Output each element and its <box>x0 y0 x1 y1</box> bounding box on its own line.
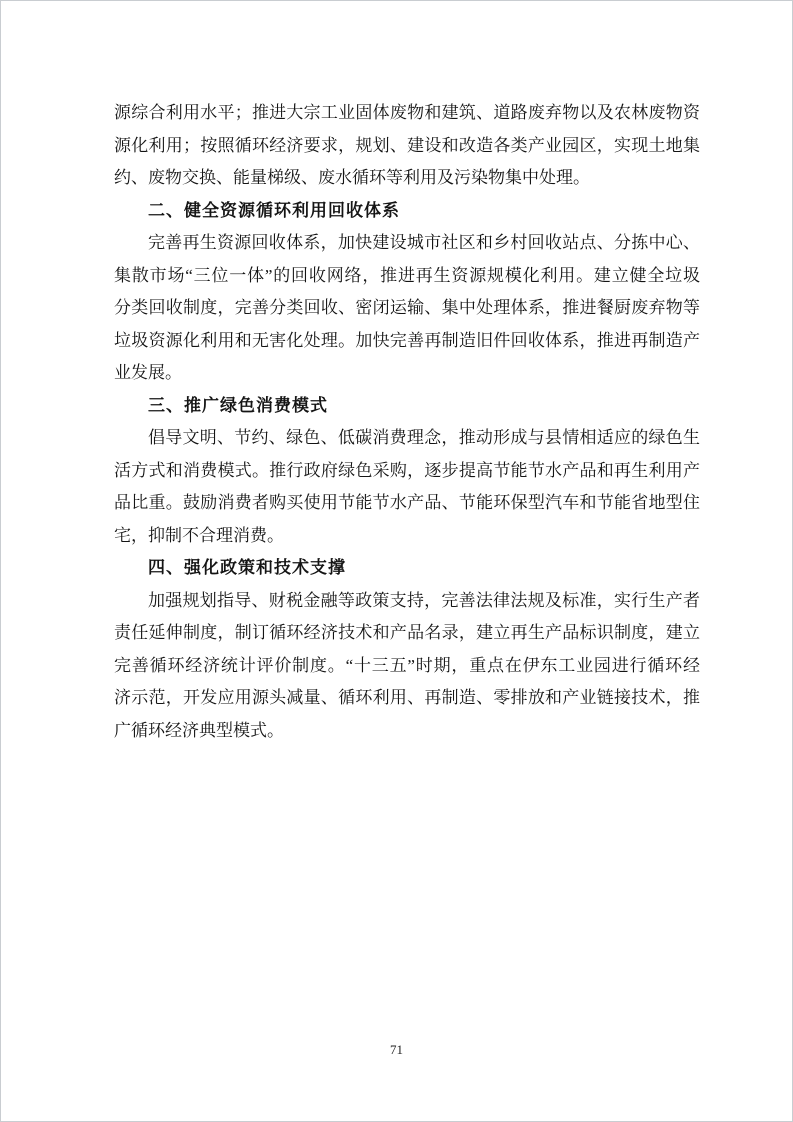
text-line: 源化利用；按照循环经济要求，规划、建设和改造各类产业园区，实现土地集 <box>114 130 700 163</box>
text-line: 广循环经济典型模式。 <box>114 715 700 748</box>
text-line: 垃圾资源化利用和无害化处理。加快完善再制造旧件回收体系，推进再制造产 <box>114 325 700 358</box>
text-line: 集散市场“三位一体”的回收网络，推进再生资源规模化利用。建立健全垃圾 <box>114 260 700 293</box>
text-line: 完善循环经济统计评价制度。“十三五”时期，重点在伊东工业园进行循环经 <box>114 650 700 683</box>
text-line: 活方式和消费模式。推行政府绿色采购，逐步提高节能节水产品和再生利用产 <box>114 455 700 488</box>
section-heading: 四、强化政策和技术支撑 <box>114 552 700 585</box>
text-line: 倡导文明、节约、绿色、低碳消费理念，推动形成与县情相适应的绿色生 <box>114 422 700 455</box>
text-line: 完善再生资源回收体系，加快建设城市社区和乡村回收站点、分拣中心、 <box>114 227 700 260</box>
section-heading: 二、健全资源循环利用回收体系 <box>114 195 700 228</box>
text-line: 济示范，开发应用源头减量、循环利用、再制造、零排放和产业链接技术，推 <box>114 682 700 715</box>
text-line: 业发展。 <box>114 357 700 390</box>
text-line: 源综合利用水平；推进大宗工业固体废物和建筑、道路废弃物以及农林废物资 <box>114 97 700 130</box>
section-heading: 三、推广绿色消费模式 <box>114 390 700 423</box>
text-line: 加强规划指导、财税金融等政策支持，完善法律法规及标准，实行生产者 <box>114 585 700 618</box>
text-line: 品比重。鼓励消费者购买使用节能节水产品、节能环保型汽车和节能省地型住 <box>114 487 700 520</box>
document-body: 源综合利用水平；推进大宗工业固体废物和建筑、道路废弃物以及农林废物资源化利用；按… <box>114 97 700 747</box>
text-line: 宅，抑制不合理消费。 <box>114 520 700 553</box>
document-page: 源综合利用水平；推进大宗工业固体废物和建筑、道路废弃物以及农林废物资源化利用；按… <box>0 0 793 1122</box>
page-number: 71 <box>1 1041 792 1059</box>
text-line: 约、废物交换、能量梯级、废水循环等利用及污染物集中处理。 <box>114 162 700 195</box>
text-line: 责任延伸制度，制订循环经济技术和产品名录，建立再生产品标识制度，建立 <box>114 617 700 650</box>
text-line: 分类回收制度，完善分类回收、密闭运输、集中处理体系，推进餐厨废弃物等 <box>114 292 700 325</box>
